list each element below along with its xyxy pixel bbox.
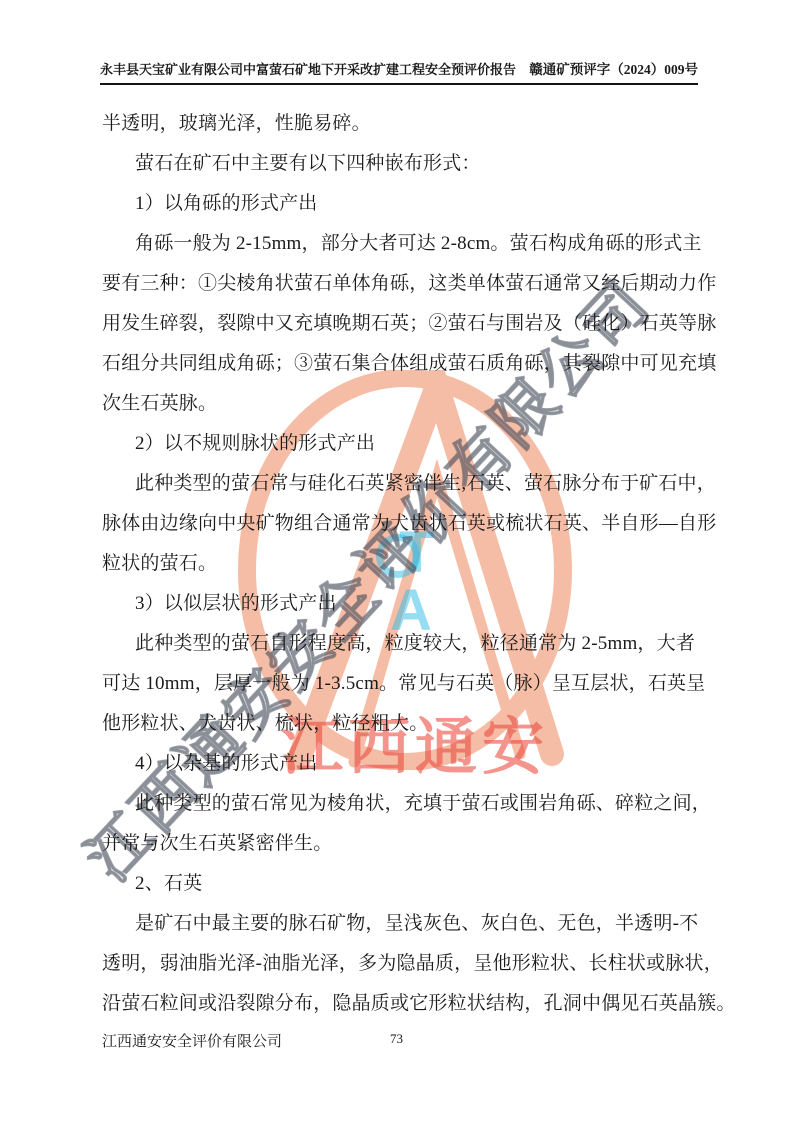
body-line: 半透明，玻璃光泽，性脆易碎。 — [102, 104, 702, 144]
body-line: 4）以杂基的形式产出 — [102, 744, 702, 784]
body-line: 3）以似层状的形式产出 — [102, 584, 702, 624]
body-line: 角砾一般为 2-15mm，部分大者可达 2-8cm。萤石构成角砾的形式主 — [102, 224, 702, 264]
header-report-title: 永丰县天宝矿业有限公司中富萤石矿地下开采改扩建工程安全预评价报告 — [100, 59, 516, 78]
body-line: 2、石英 — [102, 864, 702, 904]
body-line: 2）以不规则脉状的形式产出 — [102, 424, 702, 464]
page-header: 永丰县天宝矿业有限公司中富萤石矿地下开采改扩建工程安全预评价报告 赣通矿预评字（… — [100, 58, 698, 85]
body-line: 此种类型的萤石常见为棱角状，充填于萤石或围岩角砾、碎粒之间， — [102, 784, 702, 824]
body-line: 沿萤石粒间或沿裂隙分布，隐晶质或它形粒状结构，孔洞中偶见石英晶簇。 — [102, 984, 702, 1024]
body-line: 次生石英脉。 — [102, 384, 702, 424]
body-line: 用发生碎裂，裂隙中又充填晚期石英；②萤石与围岩及（硅化）石英等脉 — [102, 304, 702, 344]
body-line: 他形粒状、犬齿状、梳状，粒径粗大。 — [102, 704, 702, 744]
body-line: 此种类型的萤石常与硅化石英紧密伴生,石英、萤石脉分布于矿石中， — [102, 464, 702, 504]
document-body: 半透明，玻璃光泽，性脆易碎。 萤石在矿石中主要有以下四种嵌布形式： 1）以角砾的… — [102, 104, 702, 1024]
body-line: 此种类型的萤石自形程度高，粒度较大，粒径通常为 2-5mm，大者 — [102, 624, 702, 664]
body-line: 脉体由边缘向中央矿物组合通常为犬齿状石英或梳状石英、半自形—自形 — [102, 504, 702, 544]
body-line: 萤石在矿石中主要有以下四种嵌布形式： — [102, 144, 702, 184]
body-line: 粒状的萤石。 — [102, 544, 702, 584]
page-footer: 江西通安安全评价有限公司 73 — [0, 1028, 793, 1052]
body-line: 石组分共同组成角砾；③萤石集合体组成萤石质角砾，其裂隙中可见充填 — [102, 344, 702, 384]
page-number: 73 — [0, 1031, 793, 1047]
header-doc-number: 赣通矿预评字（2024）009号 — [529, 58, 698, 78]
body-line: 1）以角砾的形式产出 — [102, 184, 702, 224]
document-page: T A 江西通安安全评价有限公司 江西通安 永丰县天宝矿业有限公司中富萤石矿地下… — [0, 0, 793, 1122]
body-line: 并常与次生石英紧密伴生。 — [102, 824, 702, 864]
body-line: 要有三种：①尖棱角状萤石单体角砾，这类单体萤石通常又经后期动力作 — [102, 264, 702, 304]
body-line: 可达 10mm，层厚一般为 1-3.5cm。常见与石英（脉）呈互层状，石英呈 — [102, 664, 702, 704]
body-line: 透明，弱油脂光泽-油脂光泽，多为隐晶质，呈他形粒状、长柱状或脉状， — [102, 944, 702, 984]
body-line: 是矿石中最主要的脉石矿物，呈浅灰色、灰白色、无色，半透明-不 — [102, 904, 702, 944]
